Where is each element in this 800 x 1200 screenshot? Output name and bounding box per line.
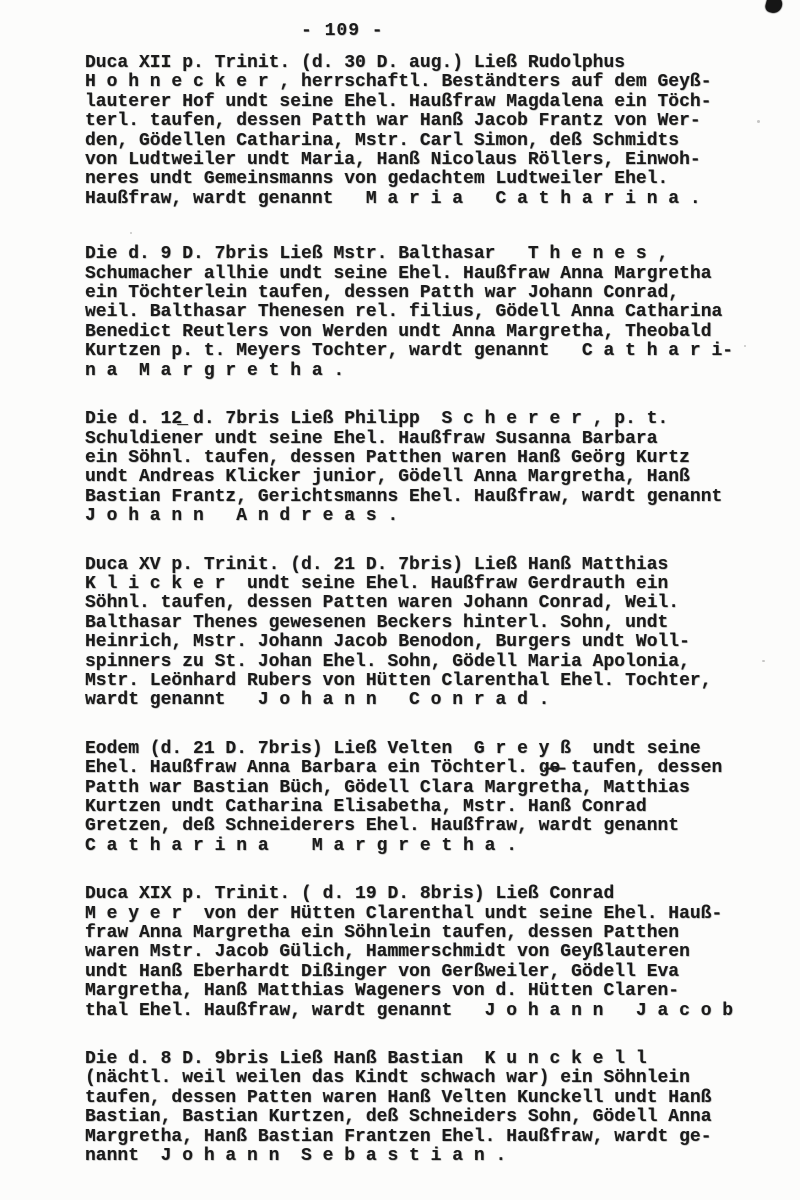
document-body: Duca XII p. Trinit. (d. 30 D. aug.) Ließ…: [85, 54, 800, 1196]
text-line: Duca XIX p. Trinit. ( d. 19 D. 8bris) Li…: [85, 885, 800, 904]
text-line: C a t h a r i n a M a r g r e t h a .: [85, 837, 800, 856]
text-line: Bastian Frantz, Gerichtsmanns Ehel. Hauß…: [85, 488, 800, 507]
text-line: taufen, dessen Patten waren Hanß Velten …: [85, 1089, 800, 1108]
text-line: undt Andreas Klicker junior, Gödell Anna…: [85, 468, 800, 487]
scanned-page: - 109 - Duca XII p. Trinit. (d. 30 D. au…: [0, 0, 800, 1200]
text-line: waren Mstr. Jacob Gülich, Hammerschmidt …: [85, 943, 800, 962]
text-line: fraw Anna Margretha ein Söhnlein taufen,…: [85, 924, 800, 943]
scan-speck: [757, 120, 760, 123]
scan-ink-blob: [764, 0, 784, 15]
record-paragraph: Die d. 12̲ d. 7bris Ließ Philipp S c h e…: [85, 410, 800, 526]
text-line: M e y e r von der Hütten Clarenthal undt…: [85, 905, 800, 924]
text-line: Balthasar Thenes gewesenen Beckers hinte…: [85, 614, 800, 633]
text-line: thal Ehel. Haußfraw, wardt genannt J o h…: [85, 1002, 800, 1021]
text-line: wardt genannt J o h a n n C o n r a d .: [85, 691, 800, 710]
text-line: Patth war Bastian Büch, Gödell Clara Mar…: [85, 779, 800, 798]
text-line: von Ludtweiler undt Maria, Hanß Nicolaus…: [85, 151, 800, 170]
text-line: terl. taufen, dessen Patth war Hanß Jaco…: [85, 112, 800, 131]
text-line: Gretzen, deß Schneiderers Ehel. Haußfraw…: [85, 817, 800, 836]
scan-speck: [130, 232, 132, 234]
text-line: Margretha, Hanß Bastian Frantzen Ehel. H…: [85, 1128, 800, 1147]
text-line: Eodem (d. 21 D. 7bris) Ließ Velten G r e…: [85, 740, 800, 759]
scan-speck: [762, 660, 765, 662]
text-line: Margretha, Hanß Matthias Wageners von d.…: [85, 982, 800, 1001]
page-number: - 109 -: [301, 21, 384, 41]
text-line: Haußfraw, wardt genannt M a r i a C a t …: [85, 190, 800, 209]
text-line: weil. Balthasar Thenesen rel. filius, Gö…: [85, 303, 800, 322]
text-line: n a M a r g r e t h a .: [85, 362, 800, 381]
text-line: neres undt Gemeinsmanns von gedachtem Lu…: [85, 170, 800, 189]
record-paragraph: Duca XIX p. Trinit. ( d. 19 D. 8bris) Li…: [85, 885, 800, 1021]
text-line: Duca XV p. Trinit. (d. 21 D. 7bris) Ließ…: [85, 556, 800, 575]
scan-speck: [744, 345, 746, 347]
record-paragraph: Die d. 9 D. 7bris Ließ Mstr. Balthasar T…: [85, 245, 800, 381]
text-line: Die d. 12̲ d. 7bris Ließ Philipp S c h e…: [85, 410, 800, 429]
text-line: Benedict Reutlers von Werden undt Anna M…: [85, 323, 800, 342]
text-line: spinners zu St. Johan Ehel. Sohn, Gödell…: [85, 653, 800, 672]
text-line: K l i c k e r undt seine Ehel. Haußfraw …: [85, 575, 800, 594]
text-line: Söhnl. taufen, dessen Patten waren Johan…: [85, 594, 800, 613]
text-line: Die d. 8 D. 9bris Ließ Hanß Bastian K u …: [85, 1050, 800, 1069]
text-line: ein Töchterlein taufen, dessen Patth war…: [85, 284, 800, 303]
text-line: Kurtzen undt Catharina Elisabetha, Mstr.…: [85, 798, 800, 817]
text-line: Schuldiener undt seine Ehel. Haußfraw Su…: [85, 430, 800, 449]
text-line: Schumacher allhie undt seine Ehel. Haußf…: [85, 265, 800, 284]
text-line: Duca XII p. Trinit. (d. 30 D. aug.) Ließ…: [85, 54, 800, 73]
text-line: (nächtl. weil weilen das Kindt schwach w…: [85, 1069, 800, 1088]
text-line: Mstr. Leönhard Rubers von Hütten Clarent…: [85, 672, 800, 691]
text-line: J o h a n n A n d r e a s .: [85, 507, 800, 526]
text-line: nannt J o h a n n S e b a s t i a n .: [85, 1147, 800, 1166]
text-line: undt Hanß Eberhardt Dißinger von Gerßwei…: [85, 963, 800, 982]
text-line: lauterer Hof undt seine Ehel. Haußfraw M…: [85, 93, 800, 112]
record-paragraph: Die d. 8 D. 9bris Ließ Hanß Bastian K u …: [85, 1050, 800, 1166]
record-paragraph: Eodem (d. 21 D. 7bris) Ließ Velten G r e…: [85, 740, 800, 856]
text-line: ein Söhnl. taufen, dessen Patthen waren …: [85, 449, 800, 468]
text-line: Die d. 9 D. 7bris Ließ Mstr. Balthasar T…: [85, 245, 800, 264]
text-line: Heinrich, Mstr. Johann Jacob Benodon, Bu…: [85, 633, 800, 652]
text-line: den, Gödellen Catharina, Mstr. Carl Simo…: [85, 132, 800, 151]
text-line: Ehel. Haußfraw Anna Barbara ein Töchterl…: [85, 759, 800, 778]
record-paragraph: Duca XV p. Trinit. (d. 21 D. 7bris) Ließ…: [85, 556, 800, 711]
text-line: Kurtzen p. t. Meyers Tochter, wardt gena…: [85, 342, 800, 361]
record-paragraph: Duca XII p. Trinit. (d. 30 D. aug.) Ließ…: [85, 54, 800, 209]
text-line: H o h n e c k e r , herrschaftl. Beständ…: [85, 73, 800, 92]
text-line: Bastian, Bastian Kurtzen, deß Schneiders…: [85, 1108, 800, 1127]
